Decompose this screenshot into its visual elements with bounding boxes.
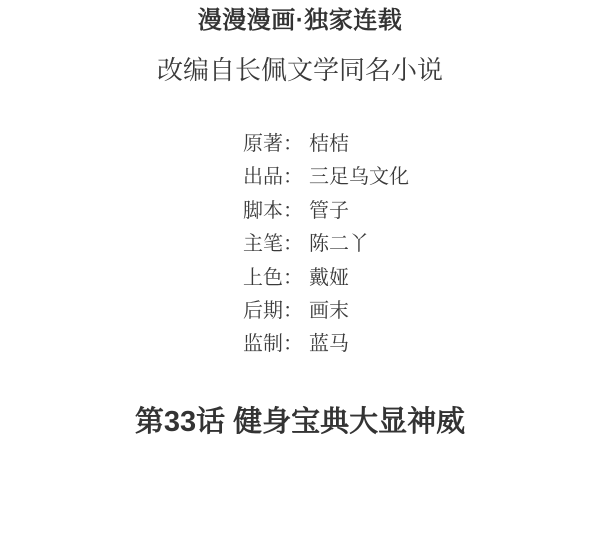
credit-value: 蓝马 xyxy=(309,328,349,361)
credits-list: 原著：桔桔 出品：三足乌文化 脚本：管子 主笔：陈二丫 上色：戴娅 后期：画末 … xyxy=(243,128,409,362)
platform-title: 漫漫漫画·独家连载 xyxy=(0,7,600,35)
credit-label: 原著： xyxy=(243,128,303,161)
credit-value: 桔桔 xyxy=(309,128,349,161)
credits-page: 漫漫漫画·独家连载 改编自长佩文学同名小说 原著：桔桔 出品：三足乌文化 脚本：… xyxy=(0,0,600,544)
chapter-title: 第33话 健身宝典大显神威 xyxy=(0,404,600,440)
credit-label: 上色： xyxy=(243,262,303,295)
credit-row-original-author: 原著：桔桔 xyxy=(243,128,409,161)
credit-row-post-production: 后期：画末 xyxy=(243,295,409,328)
credit-value: 陈二丫 xyxy=(309,228,369,261)
credit-value: 管子 xyxy=(309,195,349,228)
credit-label: 主笔： xyxy=(243,228,303,261)
credit-label: 出品： xyxy=(243,161,303,194)
credit-row-supervisor: 监制：蓝马 xyxy=(243,328,409,361)
credit-row-script: 脚本：管子 xyxy=(243,195,409,228)
credit-row-producer: 出品：三足乌文化 xyxy=(243,161,409,194)
credit-value: 戴娅 xyxy=(309,262,349,295)
credit-row-colorist: 上色：戴娅 xyxy=(243,262,409,295)
credit-value: 三足乌文化 xyxy=(309,161,409,194)
credit-row-lead-artist: 主笔：陈二丫 xyxy=(243,228,409,261)
credit-label: 监制： xyxy=(243,328,303,361)
credit-label: 脚本： xyxy=(243,195,303,228)
adaptation-note: 改编自长佩文学同名小说 xyxy=(0,54,600,86)
credit-value: 画末 xyxy=(309,295,349,328)
credit-label: 后期： xyxy=(243,295,303,328)
